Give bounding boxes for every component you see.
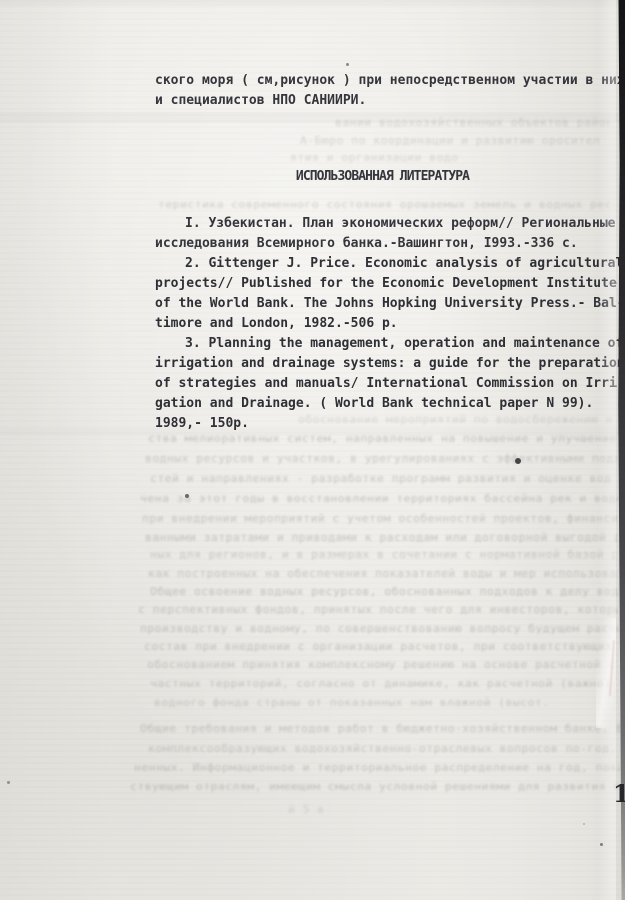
reference-line: исследования Всемирного банка.-Вашингтон… <box>155 234 625 254</box>
reference-line: projects// Published for the Economic De… <box>155 274 625 294</box>
partial-page-number: 1 <box>613 779 625 808</box>
ink-speck <box>7 781 10 784</box>
ink-speck <box>515 458 521 464</box>
bibliography-list: I. Узбекистан. План экономических реформ… <box>155 214 625 434</box>
scan-texture <box>0 0 625 900</box>
bleed-line: как построенных на обеспечения показател… <box>148 566 618 579</box>
reference-line: timore and London, 1982.-506 p. <box>155 314 625 334</box>
intro-paragraph: ского моря ( см,рисунок ) при непосредст… <box>155 68 625 108</box>
reference-entry: 3. Planning the management, operation an… <box>155 334 625 434</box>
paper-crease <box>596 618 616 728</box>
bleed-line: вании водохозяйственных объектов района … <box>335 115 610 128</box>
bleed-line: ствующим отраслям, имеющим смысла условн… <box>130 779 622 792</box>
intro-line-1: ского моря ( см,рисунок ) при непосредст… <box>155 68 625 88</box>
bleed-line: теристика современного состояния орошаем… <box>158 197 610 210</box>
reference-line: of strategies and manuals/ International… <box>155 374 625 394</box>
reference-line: I. Узбекистан. План экономических реформ… <box>155 214 625 234</box>
reference-line: 3. Planning the management, operation an… <box>155 334 625 354</box>
reference-entry: I. Узбекистан. План экономических реформ… <box>155 214 625 254</box>
bleed-line: водных ресурсов и участков, в урегулиров… <box>145 451 617 464</box>
bleed-line: с перспективных фондов, принятых после ч… <box>138 602 618 615</box>
bleed-line: состав при внедрении с организации расче… <box>144 639 618 652</box>
bleed-line: водного фонда страны от показанных нам в… <box>154 695 582 708</box>
reference-line: gation and Drainage. ( World Bank techni… <box>155 394 625 414</box>
reference-line: irrigation and drainage systems: a guide… <box>155 354 625 374</box>
bleed-line: Общие требования и методов работ в бюдже… <box>140 721 624 734</box>
section-heading: ИСПОЛЬЗОВАННАЯ ЛИТЕРАТУРА <box>155 169 610 184</box>
specks-layer <box>0 0 625 900</box>
bleed-line: стей и направлениях - разработке програм… <box>150 471 612 484</box>
bleed-line: ных для регионов, и в размерах в сочетан… <box>150 547 616 560</box>
bleed-line: при внедрении мероприятий с учетом особе… <box>142 511 618 524</box>
bleed-line: ятия и организации водо <box>290 150 460 163</box>
ink-speck <box>583 823 585 825</box>
bleed-line: А-Бюро по координации и развитию оросите… <box>300 133 600 146</box>
reference-line: 1989,- 150p. <box>155 414 625 434</box>
reference-entry: 2. Gittenger J. Price. Economic analysis… <box>155 254 625 334</box>
paper-crease-mark <box>609 640 615 696</box>
reference-line: of the World Bank. The Johns Hopking Uni… <box>155 294 625 314</box>
bleed-line: й 5 в <box>288 802 358 815</box>
intro-line-2: и специалистов НПО САНИИРИ. <box>155 88 625 108</box>
bleed-line: комплексообразующих водохозяйственно-отр… <box>148 741 618 754</box>
bleed-line: чена за этот годы в восстановлении терри… <box>140 491 618 504</box>
bleed-text-layer: вании водохозяйственных объектов района … <box>0 0 625 900</box>
reference-line: 2. Gittenger J. Price. Economic analysis… <box>155 254 625 274</box>
ink-speck <box>346 63 349 66</box>
ink-speck <box>600 843 603 846</box>
scanned-document-page: вании водохозяйственных объектов района … <box>0 0 625 900</box>
bleed-line: частных территорий, согласно от динамике… <box>150 676 618 689</box>
bleed-line: ванными затратами и приводами к расходам… <box>145 530 618 543</box>
page-edge-shadow <box>616 0 625 900</box>
ink-speck <box>185 494 189 498</box>
bleed-line: Общее освоение водных ресурсов, обоснова… <box>150 584 620 597</box>
bleed-line: производству и водному, по совершенствов… <box>140 621 619 634</box>
page-edge-highlight <box>598 0 616 900</box>
bleed-line: обоснованием принятия комплексному решен… <box>147 657 615 670</box>
bleed-line: ненных. Информационное и территориальное… <box>134 760 620 773</box>
